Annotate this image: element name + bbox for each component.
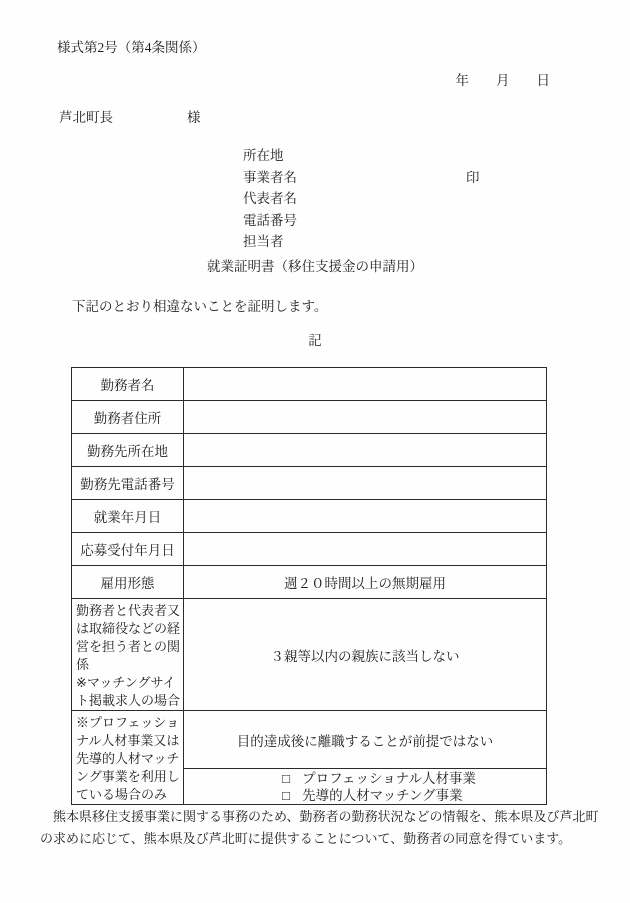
sender-business-name-line: 事業者名 印 [243, 167, 297, 189]
sender-representative-label: 代表者名 [243, 188, 297, 210]
employment-table: 勤務者名 勤務者住所 勤務先所在地 勤務先電話番号 就業年月日 応募受付年月日 [71, 367, 547, 805]
professional-program-label: ※プロフェッショ ナル人材事業又は 先導的人材マッチ ング事業を利用し ている場… [72, 711, 184, 805]
workplace-address-label: 勤務先所在地 [72, 434, 184, 467]
sender-phone-label: 電話番号 [243, 210, 297, 232]
date-line: 年 月 日 [456, 69, 551, 89]
checkbox-label: 先導的人材マッチング事業 [302, 788, 463, 803]
seal-mark: 印 [466, 167, 480, 189]
worker-name-field [184, 368, 547, 401]
relationship-value: ３親等以内の親族に該当しない [184, 599, 547, 711]
addressee-honorific: 様 [187, 110, 201, 125]
worker-address-field [184, 401, 547, 434]
form-number: 様式第2号（第4条関係） [57, 36, 206, 56]
employment-date-label: 就業年月日 [72, 500, 184, 533]
sender-business-name-label: 事業者名 [243, 170, 297, 185]
worker-address-label: 勤務者住所 [72, 401, 184, 434]
program-checkbox-cell: □プロフェッショナル人材事業 □先導的人材マッチング事業 [184, 769, 547, 805]
checkbox-icon[interactable]: □ [282, 788, 290, 803]
document-page: 様式第2号（第4条関係） 年 月 日 芦北町長様 所在地 事業者名 印 代表者名… [0, 0, 630, 903]
workplace-phone-label: 勤務先電話番号 [72, 467, 184, 500]
table-row: 勤務先所在地 [72, 434, 547, 467]
application-receipt-date-field [184, 533, 547, 566]
table-row: 勤務者名 [72, 368, 547, 401]
table-row: ※プロフェッショ ナル人材事業又は 先導的人材マッチ ング事業を利用し ている場… [72, 711, 547, 769]
relationship-label: 勤務者と代表者又 は取締役などの経 営を担う者との関 係 ※マッチングサイ ト掲… [72, 599, 184, 711]
ki-heading: 記 [0, 329, 630, 349]
workplace-phone-field [184, 467, 547, 500]
addressee-name: 芦北町長 [59, 110, 113, 125]
checkbox-icon[interactable]: □ [282, 771, 290, 786]
document-title: 就業証明書（移住支援金の申請用） [0, 255, 630, 275]
table-row: 勤務者住所 [72, 401, 547, 434]
employment-type-value: 週２０時間以上の無期雇用 [184, 566, 547, 599]
employment-date-field [184, 500, 547, 533]
sender-block: 所在地 事業者名 印 代表者名 電話番号 担当者 [243, 145, 297, 253]
table-row: 勤務先電話番号 [72, 467, 547, 500]
table-row: 雇用形態 週２０時間以上の無期雇用 [72, 566, 547, 599]
workplace-address-field [184, 434, 547, 467]
addressee-line: 芦北町長様 [59, 106, 201, 126]
sender-contact-person-label: 担当者 [243, 231, 297, 253]
application-receipt-date-label: 応募受付年月日 [72, 533, 184, 566]
consent-note: 熊本県移住支援事業に関する事務のため、勤務者の勤務状況などの情報を、熊本県及び芦… [40, 806, 606, 850]
checkbox-label: プロフェッショナル人材事業 [302, 771, 476, 786]
sender-address-label: 所在地 [243, 145, 297, 167]
table-row: 応募受付年月日 [72, 533, 547, 566]
certification-statement: 下記のとおり相違ないことを証明します。 [72, 295, 327, 315]
worker-name-label: 勤務者名 [72, 368, 184, 401]
professional-program-value: 目的達成後に離職することが前提ではない [184, 711, 547, 769]
table-row: 就業年月日 [72, 500, 547, 533]
table-row: 勤務者と代表者又 は取締役などの経 営を担う者との関 係 ※マッチングサイ ト掲… [72, 599, 547, 711]
checkbox-option-sendoteki-matching[interactable]: □先導的人材マッチング事業 [282, 787, 546, 804]
employment-type-label: 雇用形態 [72, 566, 184, 599]
checkbox-option-professional-jinzai[interactable]: □プロフェッショナル人材事業 [282, 770, 546, 787]
